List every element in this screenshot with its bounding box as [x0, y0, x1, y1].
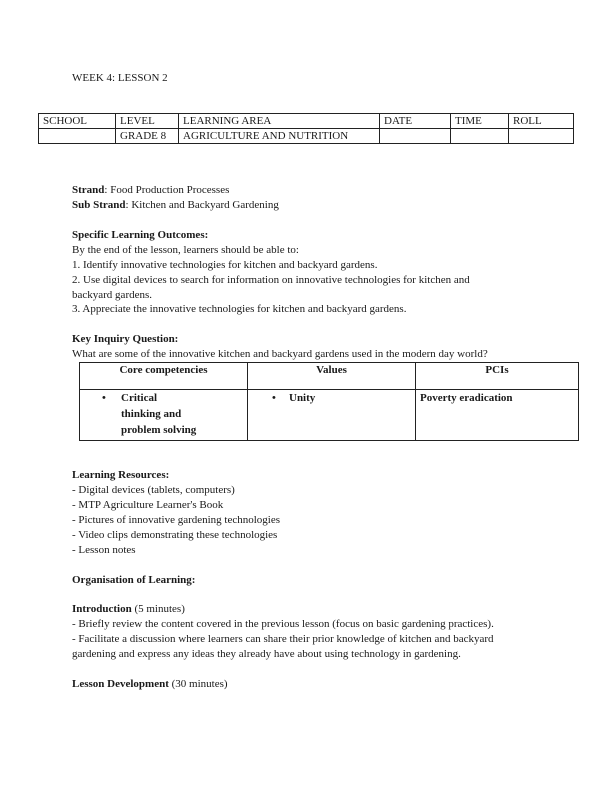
inquiry-heading: Key Inquiry Question:	[72, 332, 178, 347]
resource-item: - Video clips demonstrating these techno…	[72, 528, 277, 543]
table-row: • Critical thinking and problem solving …	[80, 390, 579, 441]
header-school: SCHOOL	[39, 114, 116, 129]
cell-level: GRADE 8	[116, 129, 179, 144]
header-date: DATE	[380, 114, 451, 129]
cell-date	[380, 129, 451, 144]
cell-time	[451, 129, 509, 144]
development-heading: Lesson Development (30 minutes)	[72, 677, 228, 692]
cell-values: • Unity	[248, 390, 416, 441]
cell-core-competencies: • Critical thinking and problem solving	[80, 390, 248, 441]
cell-school	[39, 129, 116, 144]
resource-item: - MTP Agriculture Learner's Book	[72, 498, 223, 513]
strand: Strand: Food Production Processes	[72, 183, 229, 198]
header-time: TIME	[451, 114, 509, 129]
outcome-item: 2. Use digital devices to search for inf…	[72, 273, 470, 288]
introduction-line: - Facilitate a discussion where learners…	[72, 632, 494, 647]
resource-item: - Pictures of innovative gardening techn…	[72, 513, 280, 528]
cell-learning-area: AGRICULTURE AND NUTRITION	[179, 129, 380, 144]
sub-strand: Sub Strand: Kitchen and Backyard Gardeni…	[72, 198, 279, 213]
lesson-title: WEEK 4: LESSON 2	[72, 71, 168, 86]
outcome-item: 1. Identify innovative technologies for …	[72, 258, 377, 273]
table-row: SCHOOL LEVEL LEARNING AREA DATE TIME ROL…	[39, 114, 574, 129]
inquiry-question: What are some of the innovative kitchen …	[72, 347, 488, 362]
bullet-icon: •	[102, 392, 106, 404]
header-pcis: PCIs	[416, 363, 579, 390]
header-learning-area: LEARNING AREA	[179, 114, 380, 129]
outcomes-intro: By the end of the lesson, learners shoul…	[72, 243, 299, 258]
resource-item: - Lesson notes	[72, 543, 136, 558]
introduction-heading: Introduction (5 minutes)	[72, 602, 185, 617]
table-row: GRADE 8 AGRICULTURE AND NUTRITION	[39, 129, 574, 144]
bullet-icon: •	[272, 392, 276, 404]
lesson-meta-table: SCHOOL LEVEL LEARNING AREA DATE TIME ROL…	[38, 113, 574, 144]
outcome-item: backyard gardens.	[72, 288, 152, 303]
table-row: Core competencies Values PCIs	[80, 363, 579, 390]
header-core-competencies: Core competencies	[80, 363, 248, 390]
header-level: LEVEL	[116, 114, 179, 129]
introduction-line: gardening and express any ideas they alr…	[72, 647, 461, 662]
introduction-line: - Briefly review the content covered in …	[72, 617, 494, 632]
cell-roll	[509, 129, 574, 144]
organisation-heading: Organisation of Learning:	[72, 573, 195, 588]
header-values: Values	[248, 363, 416, 390]
outcomes-heading: Specific Learning Outcomes:	[72, 228, 208, 243]
header-roll: ROLL	[509, 114, 574, 129]
competency-table: Core competencies Values PCIs • Critical…	[79, 362, 579, 441]
cell-pcis: Poverty eradication	[416, 390, 579, 441]
outcome-item: 3. Appreciate the innovative technologie…	[72, 302, 406, 317]
resources-heading: Learning Resources:	[72, 468, 169, 483]
resource-item: - Digital devices (tablets, computers)	[72, 483, 235, 498]
